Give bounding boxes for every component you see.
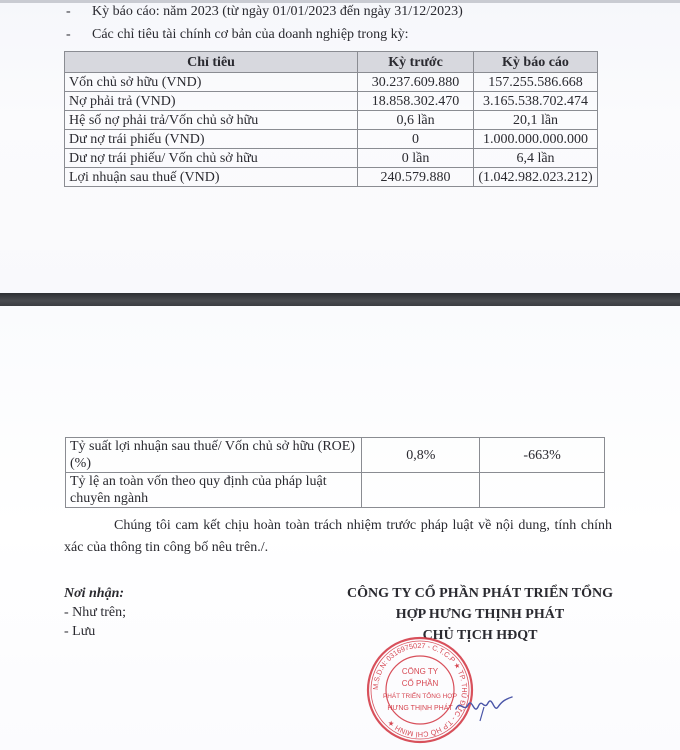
table-row: Tỷ suất lợi nhuận sau thuế/ Vốn chủ sở h…: [66, 438, 605, 473]
table-row: Tỷ lệ an toàn vốn theo quy định của pháp…: [66, 473, 605, 508]
previous-value: 30.237.609.880: [358, 73, 474, 92]
table-header-row: Chỉ tiêu Kỳ trước Kỳ báo cáo: [65, 52, 598, 73]
stamp-line4: HƯNG THỊNH PHÁT: [387, 703, 453, 712]
signature-scribble-icon: [450, 685, 520, 725]
previous-value: 0,8%: [362, 438, 480, 473]
indicators-intro-text: Các chỉ tiêu tài chính cơ bản của doanh …: [92, 27, 408, 42]
row-label: Dư nợ trái phiếu/ Vốn chủ sở hữu: [65, 149, 358, 168]
row-label: Vốn chủ sở hữu (VND): [65, 73, 358, 92]
table-row: Hệ số nợ phải trả/Vốn chủ sở hữu 0,6 lần…: [65, 111, 598, 130]
table-row: Vốn chủ sở hữu (VND) 30.237.609.880 157.…: [65, 73, 598, 92]
page-break-separator: [0, 293, 680, 306]
current-value: 3.165.538.702.474: [473, 92, 597, 111]
table-row: Nợ phải trả (VND) 18.858.302.470 3.165.5…: [65, 92, 598, 111]
row-label: Tỷ suất lợi nhuận sau thuế/ Vốn chủ sở h…: [66, 438, 362, 473]
current-value: 157.255.586.668: [473, 73, 597, 92]
row-label: Tỷ lệ an toàn vốn theo quy định của pháp…: [66, 473, 362, 508]
current-value: [480, 473, 605, 508]
table-row: Dư nợ trái phiếu (VND) 0 1.000.000.000.0…: [65, 130, 598, 149]
bullet-dash: -: [66, 27, 71, 43]
row-label: Nợ phải trả (VND): [65, 92, 358, 111]
current-value: 20,1 lần: [473, 111, 597, 130]
current-value: 6,4 lần: [473, 149, 597, 168]
document-page-upper: - Kỳ báo cáo: năm 2023 (từ ngày 01/01/20…: [0, 0, 680, 293]
previous-value: 0,6 lần: [358, 111, 474, 130]
current-value: (1.042.982.023.212): [473, 168, 597, 187]
previous-value: 240.579.880: [358, 168, 474, 187]
header-indicator: Chỉ tiêu: [65, 52, 358, 73]
company-name-line1: CÔNG TY CỔ PHẦN PHÁT TRIỂN TỔNG: [330, 583, 630, 604]
current-value: -663%: [480, 438, 605, 473]
commitment-statement: Chúng tôi cam kết chịu hoàn toàn trách n…: [64, 515, 612, 559]
table-row: Dư nợ trái phiếu/ Vốn chủ sở hữu 0 lần 6…: [65, 149, 598, 168]
bullet-dash: -: [66, 4, 71, 20]
financial-indicators-table-continued: Tỷ suất lợi nhuận sau thuế/ Vốn chủ sở h…: [65, 437, 605, 508]
report-period-text: Kỳ báo cáo: năm 2023 (từ ngày 01/01/2023…: [92, 4, 463, 19]
indicators-intro-line: - Các chỉ tiêu tài chính cơ bản của doan…: [92, 27, 408, 43]
stamp-line1: CÔNG TY: [402, 667, 439, 676]
previous-value: 0 lần: [358, 149, 474, 168]
recipient-item: - Lưu: [64, 622, 126, 641]
row-label: Hệ số nợ phải trả/Vốn chủ sở hữu: [65, 111, 358, 130]
recipient-item: - Như trên;: [64, 603, 126, 622]
previous-value: 18.858.302.470: [358, 92, 474, 111]
company-name-line2: HỢP HƯNG THỊNH PHÁT: [330, 604, 630, 625]
current-value: 1.000.000.000.000: [473, 130, 597, 149]
stamp-line2: CỔ PHẦN: [402, 678, 439, 688]
row-label: Dư nợ trái phiếu (VND): [65, 130, 358, 149]
report-period-line: - Kỳ báo cáo: năm 2023 (từ ngày 01/01/20…: [92, 4, 463, 20]
previous-value: [362, 473, 480, 508]
financial-indicators-table: Chỉ tiêu Kỳ trước Kỳ báo cáo Vốn chủ sở …: [64, 51, 598, 187]
header-previous-period: Kỳ trước: [358, 52, 474, 73]
row-label: Lợi nhuận sau thuế (VND): [65, 168, 358, 187]
recipients-title: Nơi nhận:: [64, 584, 126, 603]
table-row: Lợi nhuận sau thuế (VND) 240.579.880 (1.…: [65, 168, 598, 187]
previous-value: 0: [358, 130, 474, 149]
stamp-line3: PHÁT TRIỂN TỔNG HỢP: [383, 691, 457, 700]
recipients-block: Nơi nhận: - Như trên; - Lưu: [64, 584, 126, 641]
header-current-period: Kỳ báo cáo: [473, 52, 597, 73]
